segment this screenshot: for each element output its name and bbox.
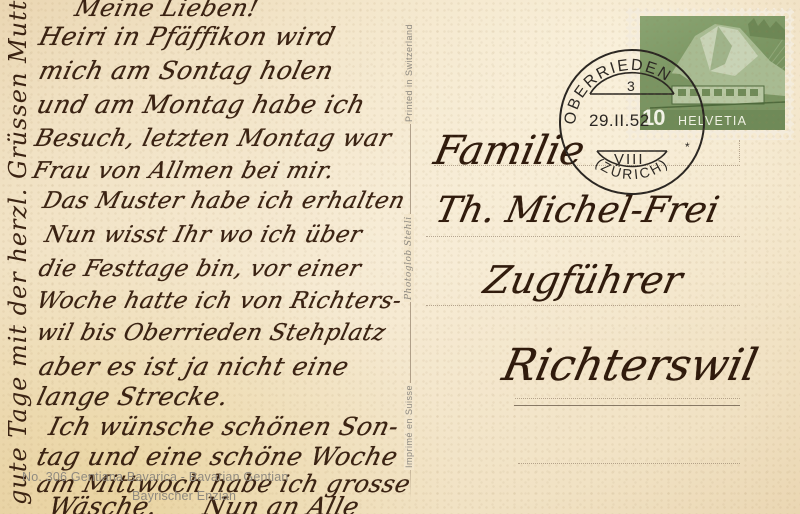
message-line: wil bis Oberrieden Stehplatz — [34, 320, 389, 346]
address-guide-line — [515, 398, 740, 399]
sideways-note: gute Tage mit der herzl. Grüssen Mutter — [4, 0, 32, 505]
message-line: Heiri in Pfäffikon wird — [36, 22, 338, 51]
address-guide-line — [518, 463, 740, 464]
stamp-area-guide — [739, 140, 740, 162]
stamp-value: 10 — [642, 107, 664, 129]
handwritten-message: Meine Lieben! Heiri in Pfäffikon wird mi… — [0, 0, 420, 514]
message-line: Woche hatte ich von Richters- — [34, 288, 405, 314]
address-guide-line — [426, 236, 740, 237]
svg-text:(ZÜRICH): (ZÜRICH) — [593, 154, 672, 182]
message-line: Das Muster habe ich erhalten — [40, 188, 408, 214]
address-line-town: Richterswil — [498, 340, 762, 391]
postage-stamp: 10 HELVETIA — [640, 16, 785, 130]
message-line: Meine Lieben! — [72, 0, 262, 22]
message-line: Ich wünsche schönen Son- — [46, 412, 402, 441]
message-line: lange Strecke. — [34, 382, 232, 411]
address-line-family: Familie — [430, 128, 589, 174]
printed-caption-en: No. 306 Gentiana Bavarica - Bavarian Gen… — [22, 470, 289, 484]
message-line: Besuch, letzten Montag war — [32, 124, 395, 152]
svg-text:*: * — [685, 140, 690, 154]
message-line: aber es ist ja nicht eine — [36, 352, 352, 381]
message-line: die Festtage bin, vor einer — [36, 256, 364, 282]
postcard: Meine Lieben! Heiri in Pfäffikon wird mi… — [0, 0, 800, 514]
message-line: und am Montag habe ich — [34, 90, 368, 119]
address-underline — [514, 405, 740, 406]
message-line: Nun wisst Ihr wo ich über — [42, 222, 365, 248]
printed-caption-de: Bayrischer Enzian — [132, 489, 236, 503]
address-line-name: Th. Michel-Frei — [432, 190, 723, 231]
stamp-country: HELVETIA — [678, 115, 747, 128]
publisher-imprint: Photoglob Stehli — [404, 214, 414, 302]
printed-in-switzerland: Printed in Switzerland — [404, 22, 414, 124]
message-line: tag und eine schöne Woche — [34, 442, 401, 471]
postmark-canton: (ZÜRICH) — [593, 154, 672, 182]
address-guide-line — [426, 305, 740, 306]
message-line: mich am Sontag holen — [36, 56, 337, 85]
message-line: Frau von Allmen bei mir. — [30, 158, 337, 184]
imprime-en-suisse: Imprimé en Suisse — [404, 383, 414, 470]
address-line-occupation: Zugführer — [480, 258, 686, 302]
